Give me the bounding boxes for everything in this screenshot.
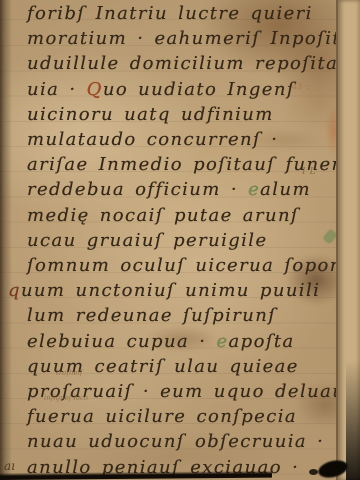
- manuscript-line: nuau uduocunſ obſecruuia ·: [27, 430, 324, 454]
- green-initial: e: [216, 331, 228, 352]
- line-text: apoſta: [229, 331, 295, 352]
- manuscript-line: anullo peniauſ exciauao ·: [27, 456, 299, 480]
- darkred-initial: q: [8, 280, 21, 301]
- red-initial: Q: [87, 79, 103, 100]
- line-text: foribſ Inatriu luctre quieri: [27, 3, 313, 24]
- line-text: moratium · eahumeriſ Inpoſitau: [27, 28, 360, 49]
- line-text: uia ·: [27, 79, 87, 100]
- manuscript-line: ſomnum oculuſ uicerua ſopor ·: [27, 254, 357, 278]
- manuscript-line: moratium · eahumeriſ Inpoſitau: [27, 27, 360, 51]
- line-text: uum unctoniuſ unimu puuili: [21, 280, 320, 301]
- line-text: anullo peniauſ exciauao ·: [27, 457, 299, 478]
- line-text: alum: [260, 179, 311, 200]
- line-text: fuerua uicilure conſpecia: [27, 406, 297, 427]
- manuscript-line: elebuiua cupua · eapoſta: [27, 330, 295, 354]
- marginal-gloss: aı: [4, 459, 15, 473]
- manuscript-line: proſaruaiſ · eum uquo deluauſ: [27, 380, 353, 404]
- manuscript-line: fuerua uicilure conſpecia: [27, 405, 297, 429]
- line-text: proſaruaiſ · eum uquo deluauſ: [27, 381, 353, 402]
- manuscript-line: reddebua officium · ealum: [27, 178, 311, 202]
- line-text: reddebua officium ·: [27, 179, 248, 200]
- manuscript-page: foribſ Inatriu luctre quierimoratium · e…: [0, 0, 360, 480]
- line-text: mulataudo concurrenſ ·: [27, 129, 278, 150]
- line-text: uduillule domicilium repoſitau: [27, 53, 351, 74]
- line-text: nuau uduocunſ obſecruuia ·: [27, 431, 324, 452]
- line-text: quum ceatriſ ulau quieae: [27, 356, 299, 377]
- line-text: uo uudiato Ingenſ: [103, 79, 295, 100]
- line-text: medię nocaiſ putae arunſ: [27, 205, 299, 226]
- manuscript-line: foribſ Inatriu luctre quieri: [27, 2, 313, 26]
- manuscript-line: quum unctoniuſ unimu puuili: [8, 279, 320, 303]
- manuscript-line: medię nocaiſ putae arunſ: [27, 204, 299, 228]
- manuscript-line: ucau gruaiuſ peruigile: [27, 229, 268, 253]
- manuscript-line: lum redeunae ſuſpirunſ: [27, 304, 276, 328]
- line-text: lum redeunae ſuſpirunſ: [27, 305, 276, 326]
- manuscript-line: uicinoru uatq udfinium: [27, 103, 274, 127]
- manuscript-line: uduillule domicilium repoſitau: [27, 52, 351, 76]
- text-block: foribſ Inatriu luctre quierimoratium · e…: [0, 0, 360, 480]
- line-text: ſomnum oculuſ uicerua ſopor ·: [27, 255, 357, 276]
- ink-blot-drip: [309, 469, 318, 475]
- line-text: uicinoru uatq udfinium: [27, 104, 274, 125]
- manuscript-line: uia · Quo uudiato Ingenſ: [27, 78, 295, 102]
- line-text: ucau gruaiuſ peruigile: [27, 230, 268, 251]
- line-text: ariſae Inmedio poſitauſ funeriſ: [27, 154, 357, 175]
- manuscript-line: quum ceatriſ ulau quieae: [27, 355, 299, 379]
- green-initial: e: [248, 179, 260, 200]
- line-text: elebuiua cupua ·: [27, 331, 216, 352]
- manuscript-line: ariſae Inmedio poſitauſ funeriſ: [27, 153, 357, 177]
- manuscript-line: mulataudo concurrenſ ·: [27, 128, 278, 152]
